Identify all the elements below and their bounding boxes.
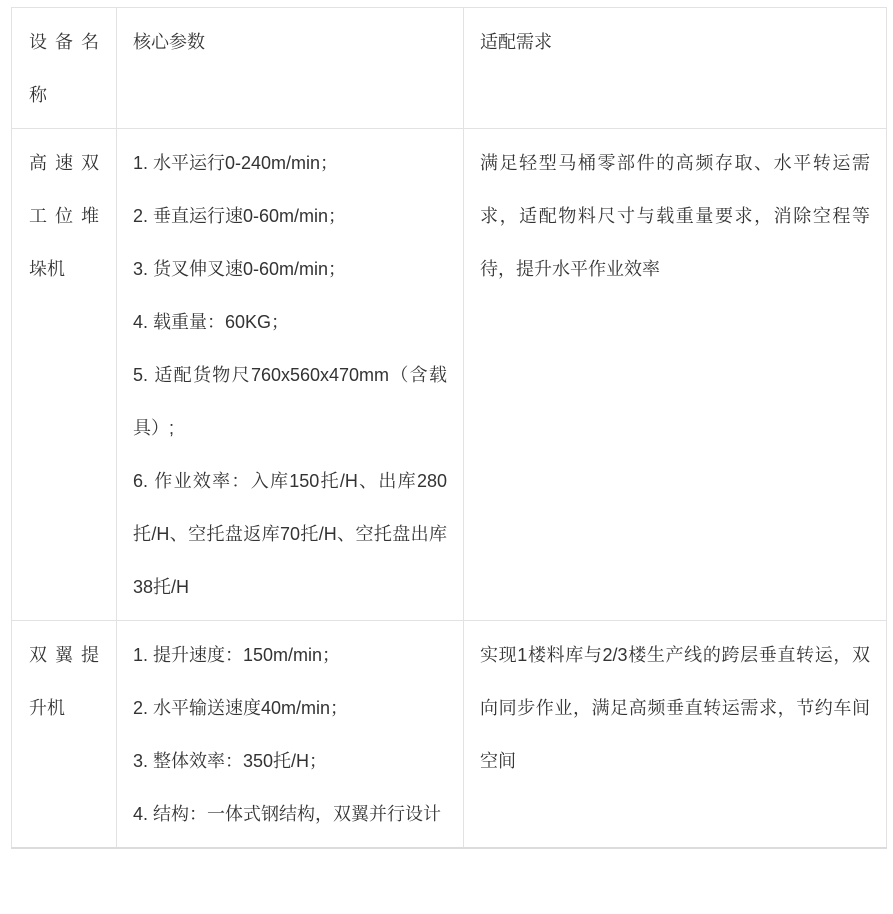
equipment-spec-table: 设备名称 核心参数 适配需求 高速双工位堆垛机 1. 水平运行0-240m/mi…	[11, 7, 887, 849]
cell-requirement: 满足轻型马桶零部件的高频存取、水平转运需求，适配物料尺寸与载重量要求，消除空程等…	[464, 129, 887, 621]
requirement-text: 实现1楼料库与2/3楼生产线的跨层垂直转运，双向同步作业，满足高频垂直转运需求，…	[480, 629, 870, 788]
header-row: 设备名称 核心参数 适配需求	[12, 8, 887, 129]
cell-core-params: 1. 水平运行0-240m/min； 2. 垂直运行速0-60m/min； 3.…	[117, 129, 464, 621]
param-line: 6. 作业效率：入库150托/H、出库280托/H、空托盘返库70托/H、空托盘…	[133, 455, 447, 614]
requirement-text: 满足轻型马桶零部件的高频存取、水平转运需求，适配物料尺寸与载重量要求，消除空程等…	[480, 137, 870, 296]
document-page: 设备名称 核心参数 适配需求 高速双工位堆垛机 1. 水平运行0-240m/mi…	[0, 0, 893, 914]
param-line: 2. 垂直运行速0-60m/min；	[133, 190, 447, 243]
cell-core-params: 1. 提升速度：150m/min； 2. 水平输送速度40m/min； 3. 整…	[117, 621, 464, 849]
cell-device-name: 高速双工位堆垛机	[12, 129, 117, 621]
cell-device-name: 双翼提升机	[12, 621, 117, 849]
table-row-stacker: 高速双工位堆垛机 1. 水平运行0-240m/min； 2. 垂直运行速0-60…	[12, 129, 887, 621]
param-line: 2. 水平输送速度40m/min；	[133, 682, 447, 735]
param-line: 5. 适配货物尺760x560x470mm（含载具）;	[133, 349, 447, 455]
column-header-device-name: 设备名称	[12, 8, 117, 129]
param-line: 4. 结构：一体式钢结构，双翼并行设计	[133, 788, 447, 841]
column-header-core-params: 核心参数	[117, 8, 464, 129]
param-line: 4. 载重量：60KG；	[133, 296, 447, 349]
device-name-text: 双翼提升机	[29, 629, 99, 735]
param-line: 3. 整体效率：350托/H；	[133, 735, 447, 788]
table-row-elevator: 双翼提升机 1. 提升速度：150m/min； 2. 水平输送速度40m/min…	[12, 621, 887, 849]
column-header-requirements: 适配需求	[464, 8, 887, 129]
param-line: 3. 货叉伸叉速0-60m/min；	[133, 243, 447, 296]
param-line: 1. 水平运行0-240m/min；	[133, 137, 447, 190]
param-line: 1. 提升速度：150m/min；	[133, 629, 447, 682]
device-name-text: 高速双工位堆垛机	[29, 137, 99, 296]
cell-requirement: 实现1楼料库与2/3楼生产线的跨层垂直转运，双向同步作业，满足高频垂直转运需求，…	[464, 621, 887, 849]
